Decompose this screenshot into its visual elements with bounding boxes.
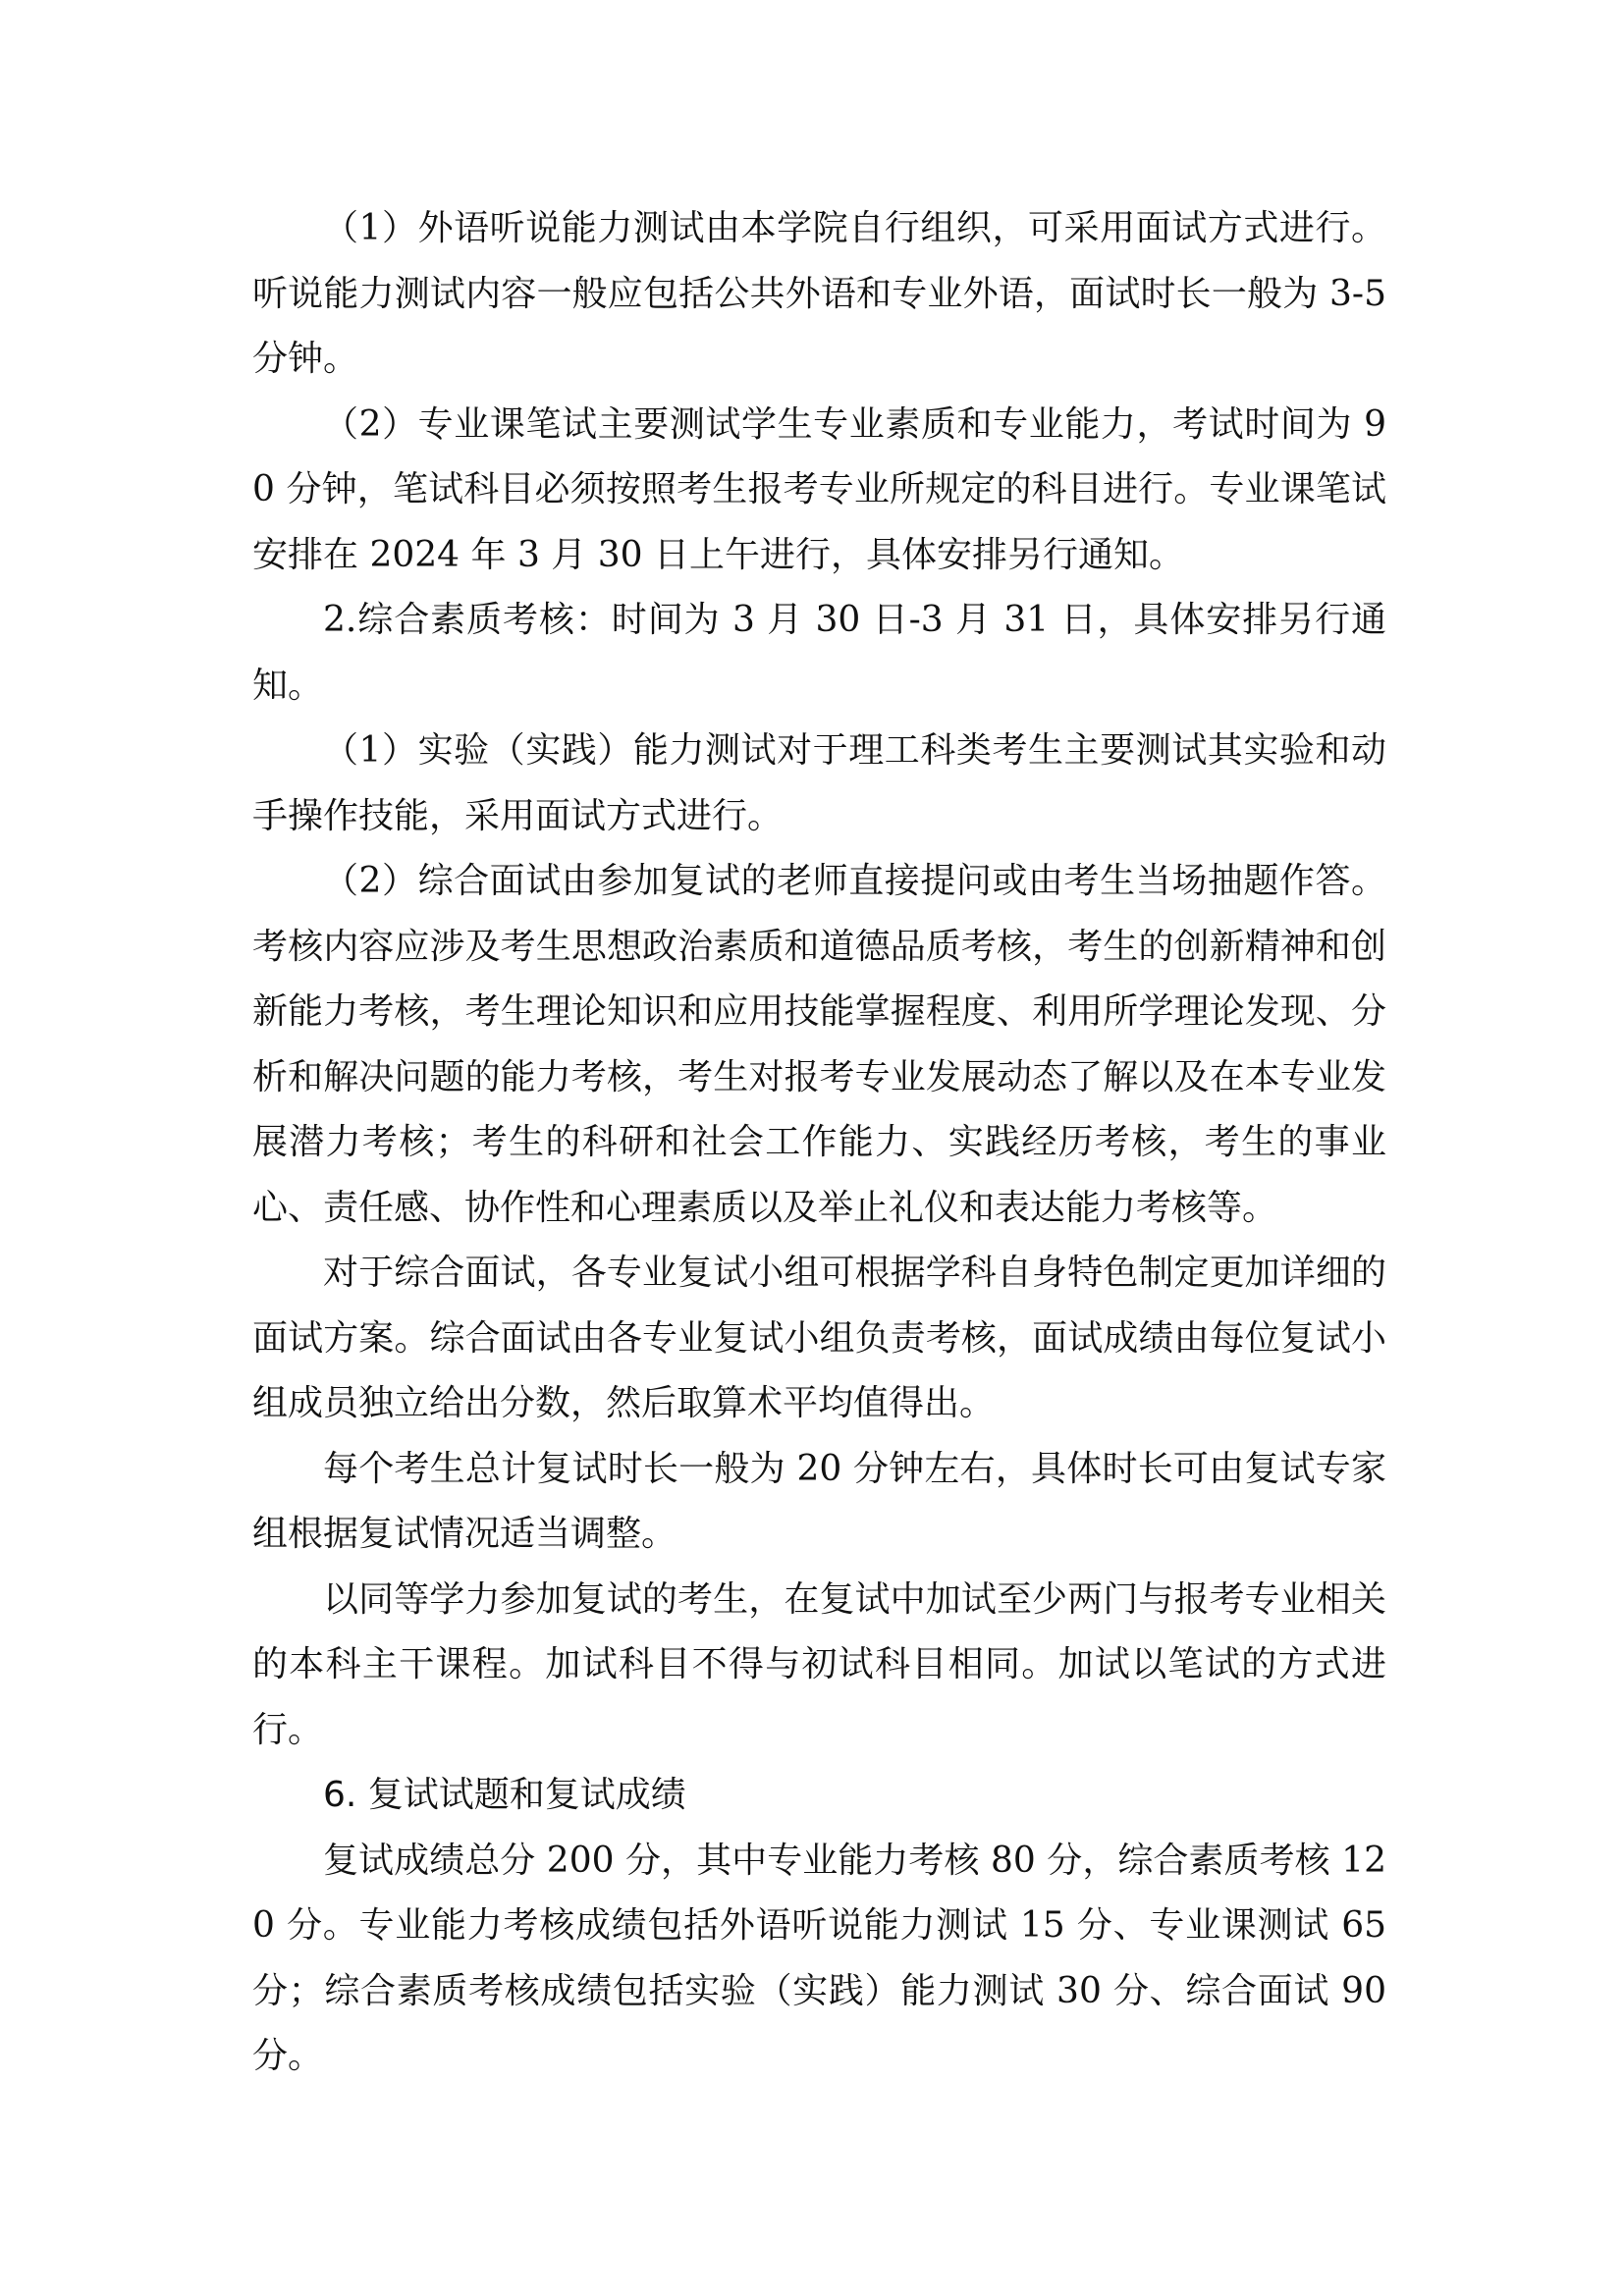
paragraph-score-breakdown: 复试成绩总分 200 分，其中专业能力考核 80 分，综合素质考核 120 分。…: [252, 1829, 1386, 2090]
section-heading: 6. 复试试题和复试成绩: [252, 1763, 1386, 1829]
document-page: （1）外语听说能力测试由本学院自行组织，可采用面试方式进行。听说能力测试内容一般…: [0, 0, 1624, 2296]
paragraph-foreign-language-test: （1）外语听说能力测试由本学院自行组织，可采用面试方式进行。听说能力测试内容一般…: [252, 196, 1386, 393]
paragraph-comprehensive-interview: （2）综合面试由参加复试的老师直接提问或由考生当场抽题作答。考核内容应涉及考生思…: [252, 849, 1386, 1241]
paragraph-comprehensive-assessment: 2.综合素质考核：时间为 3 月 30 日-3 月 31 日，具体安排另行通知。: [252, 588, 1386, 719]
document-body: （1）外语听说能力测试由本学院自行组织，可采用面试方式进行。听说能力测试内容一般…: [252, 196, 1386, 2090]
paragraph-written-exam: （2）专业课笔试主要测试学生专业素质和专业能力，考试时间为 90 分钟，笔试科目…: [252, 393, 1386, 589]
paragraph-interview-plan: 对于综合面试，各专业复试小组可根据学科自身特色制定更加详细的面试方案。综合面试由…: [252, 1241, 1386, 1437]
paragraph-equivalent-education: 以同等学力参加复试的考生，在复试中加试至少两门与报考专业相关的本科主干课程。加试…: [252, 1568, 1386, 1764]
paragraph-practical-test: （1）实验（实践）能力测试对于理工科类考生主要测试其实验和动手操作技能，采用面试…: [252, 719, 1386, 849]
paragraph-duration: 每个考生总计复试时长一般为 20 分钟左右，具体时长可由复试专家组根据复试情况适…: [252, 1437, 1386, 1568]
